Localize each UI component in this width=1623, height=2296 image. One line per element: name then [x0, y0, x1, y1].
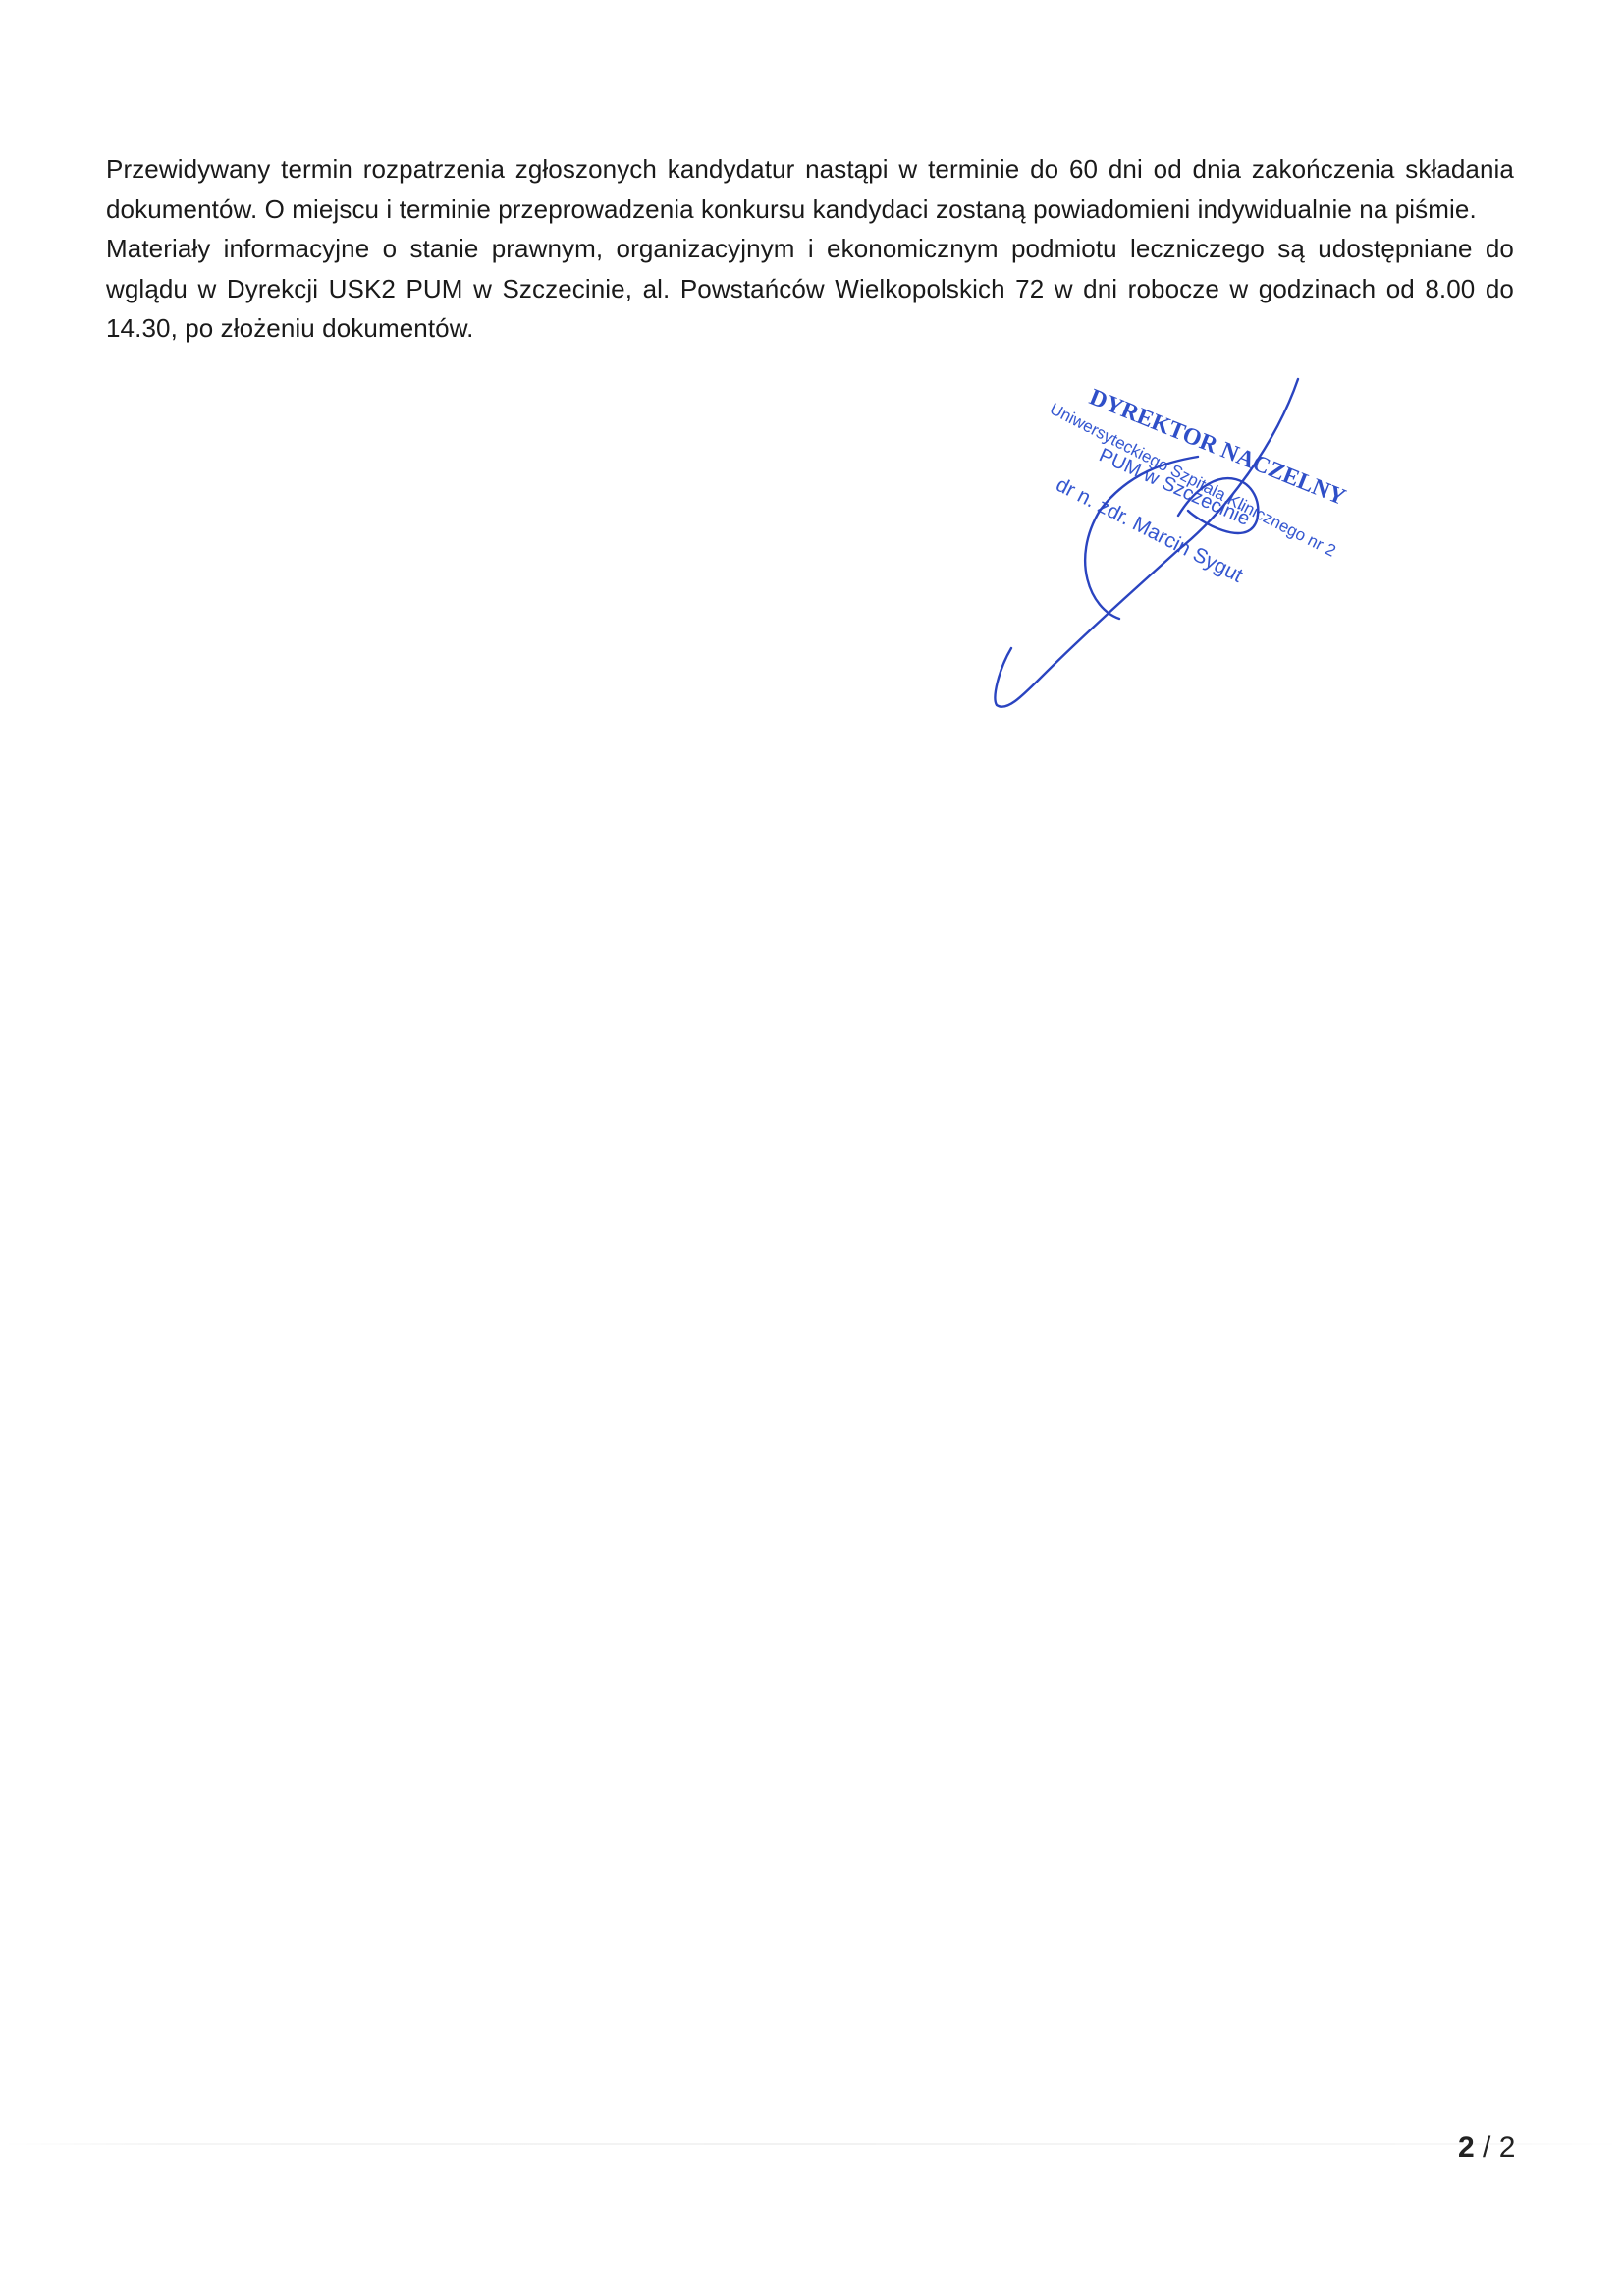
paragraph-review-deadline: Przewidywany termin rozpatrzenia zgłoszo…	[106, 149, 1514, 229]
page-current: 2	[1458, 2131, 1475, 2163]
page-total: 2	[1499, 2131, 1516, 2163]
page-number: 2 / 2	[1458, 2131, 1515, 2164]
scan-artifact-line	[0, 2143, 1623, 2145]
page-separator: /	[1475, 2131, 1499, 2163]
paragraph-information-materials: Materiały informacyjne o stanie prawnym,…	[106, 229, 1514, 349]
document-body: Przewidywany termin rozpatrzenia zgłoszo…	[106, 149, 1514, 349]
director-stamp-signature: DYREKTOR NACZELNY Uniwersyteckiego Szpit…	[982, 363, 1394, 737]
